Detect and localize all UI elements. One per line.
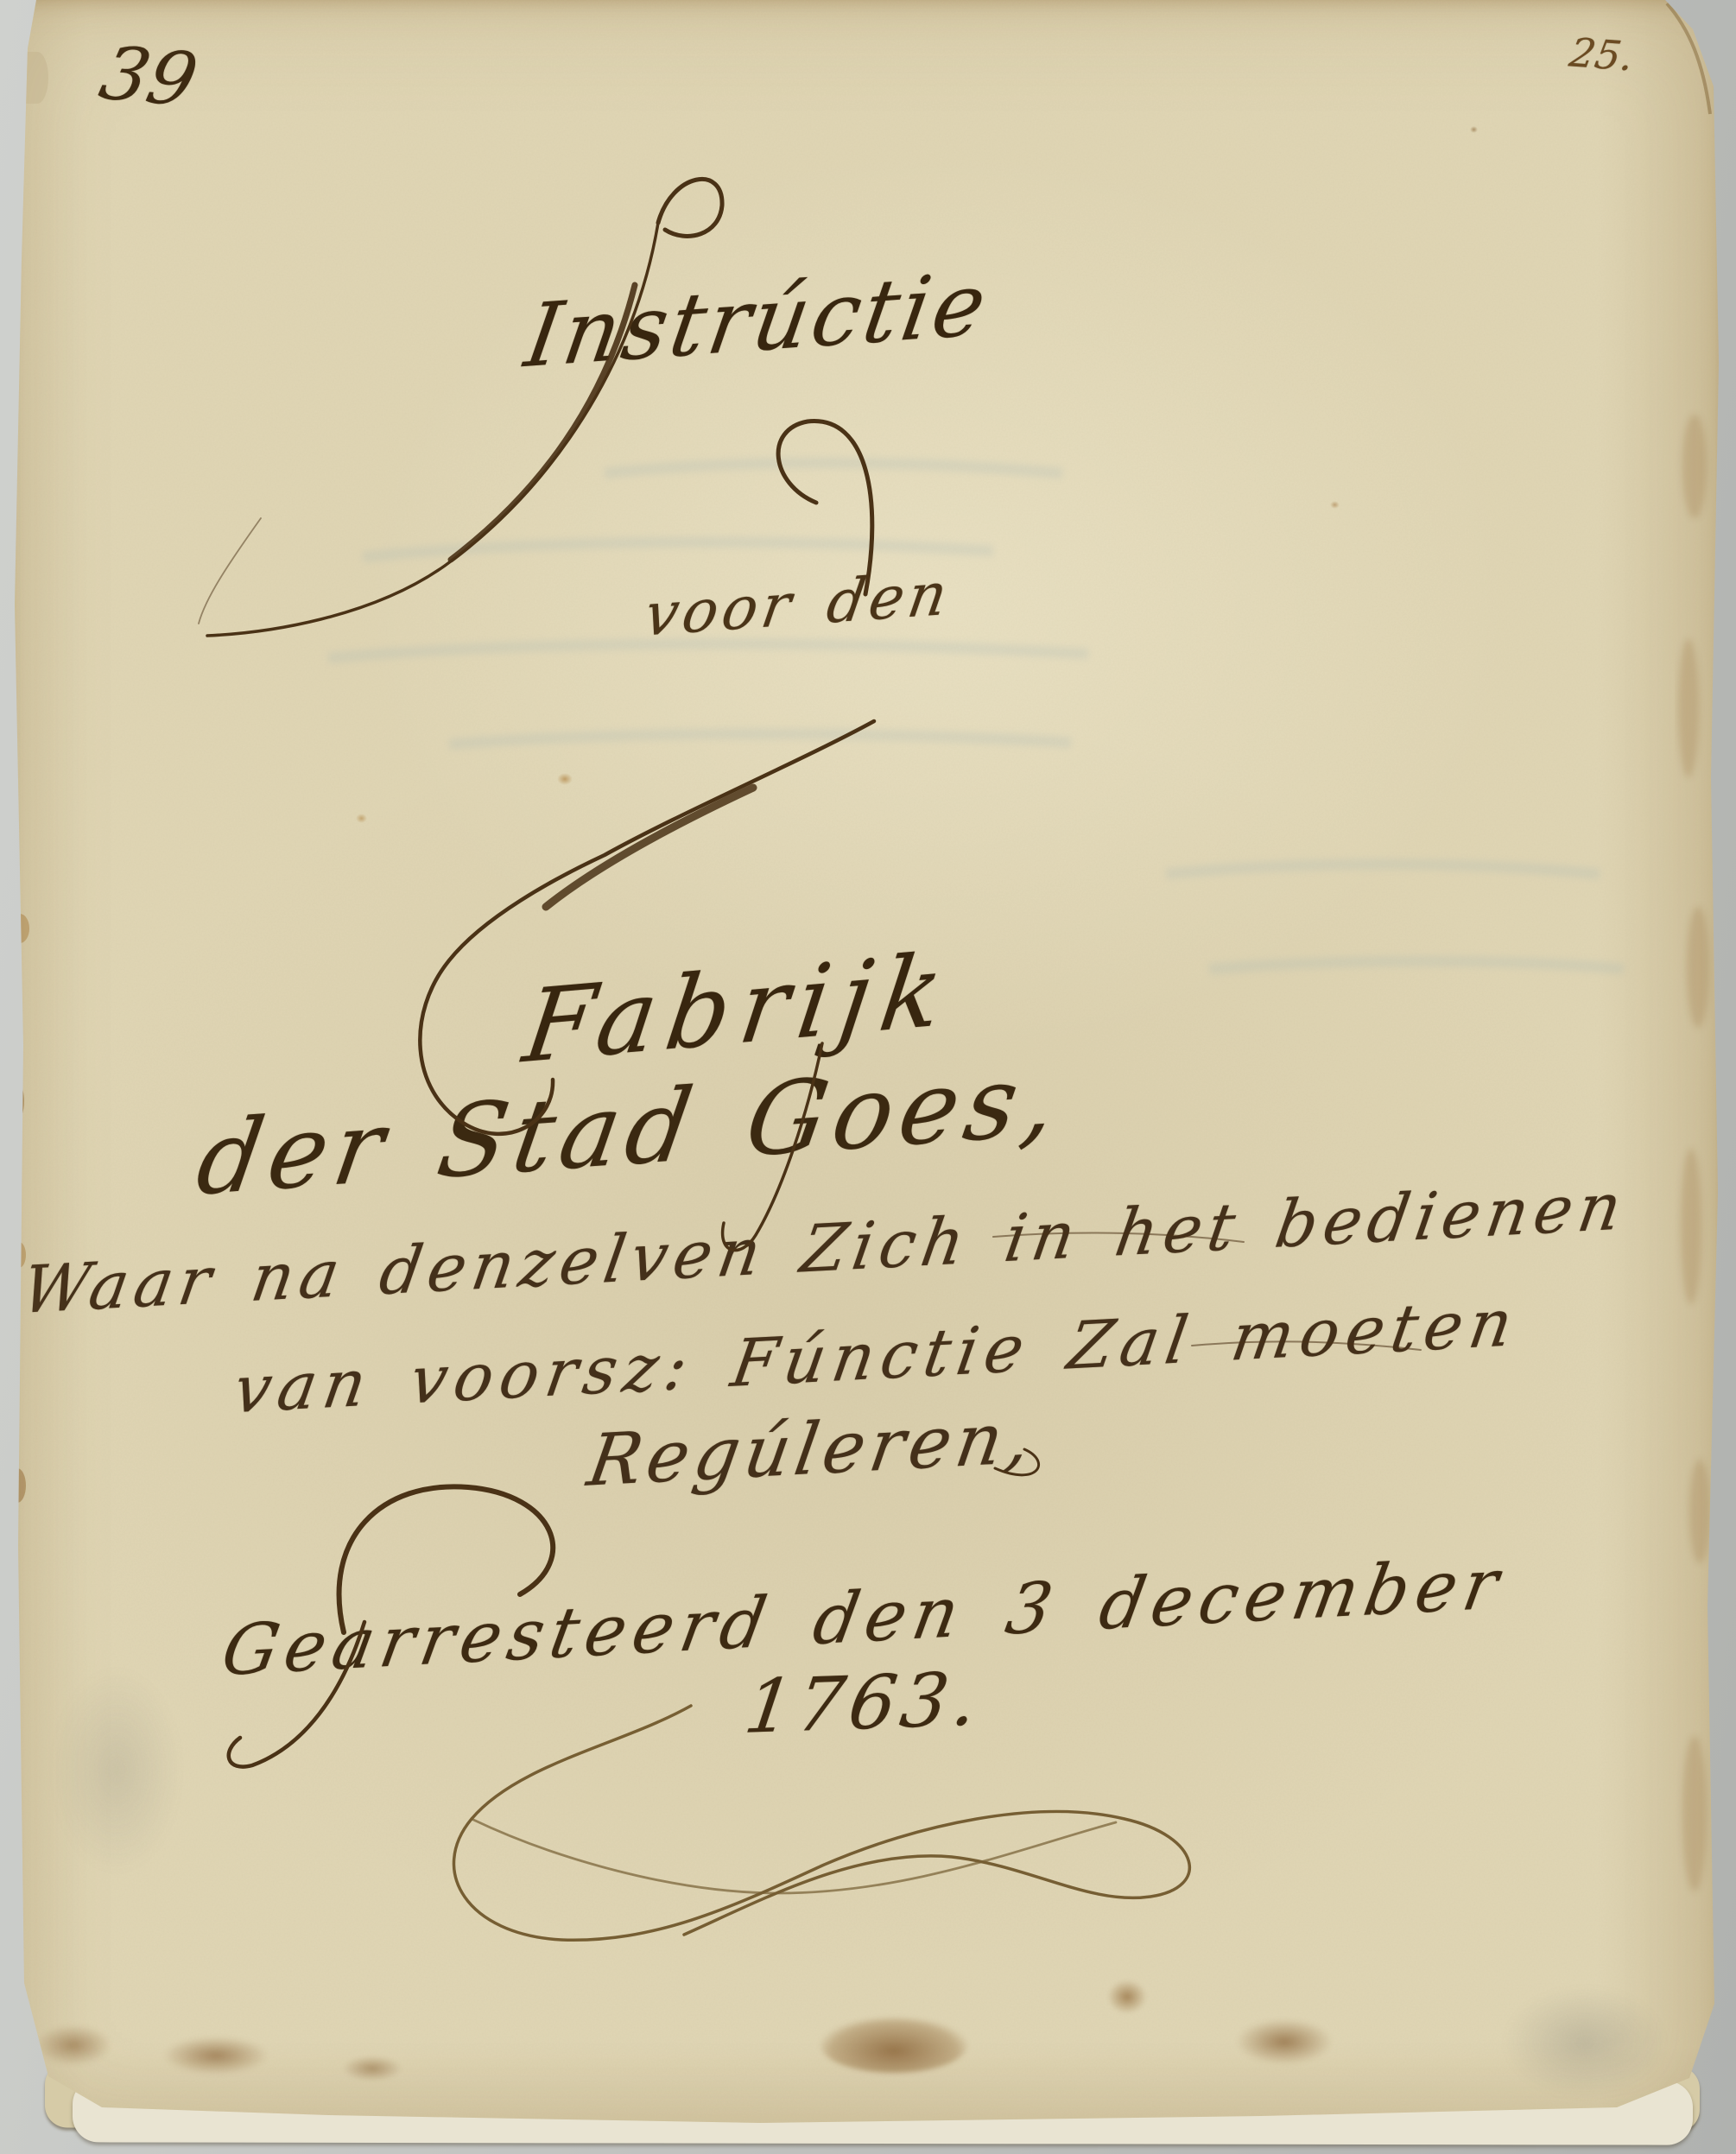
corner-curl-shadow xyxy=(1667,3,1710,114)
pencil-smudge xyxy=(52,1667,181,1874)
edge-tear xyxy=(26,52,48,104)
foxing-spot xyxy=(1470,126,1478,133)
year-1763: 1763. xyxy=(739,1657,987,1751)
folio-number: 39 xyxy=(92,31,205,124)
foxing-spot xyxy=(356,814,367,823)
edge-tear xyxy=(9,1468,26,1503)
page-number: 25. xyxy=(1566,29,1637,80)
edge-tear xyxy=(10,914,29,943)
edge-tear xyxy=(12,1242,26,1268)
ink-stain xyxy=(1237,2019,1332,2064)
pencil-smudge xyxy=(1503,1986,1667,2099)
ink-stain xyxy=(35,2024,112,2066)
edge-tear xyxy=(9,1081,24,1121)
ink-stain xyxy=(820,2018,967,2073)
ink-stain xyxy=(342,2056,402,2081)
manuscript-page: 39 25. Instrúctie voor den Fabrijk der S… xyxy=(0,0,1736,2154)
foxing-spot xyxy=(557,773,573,785)
dedication-voor-den: voor den xyxy=(640,560,956,650)
body-line-3: Regúleren, xyxy=(582,1397,1041,1503)
title-instructie: Instrúctie xyxy=(519,253,996,388)
foxing-spot xyxy=(1330,501,1340,509)
scanner-background: 39 25. Instrúctie voor den Fabrijk der S… xyxy=(0,0,1736,2154)
ink-stain xyxy=(1107,1980,1147,2014)
ink-stain xyxy=(164,2037,268,2075)
